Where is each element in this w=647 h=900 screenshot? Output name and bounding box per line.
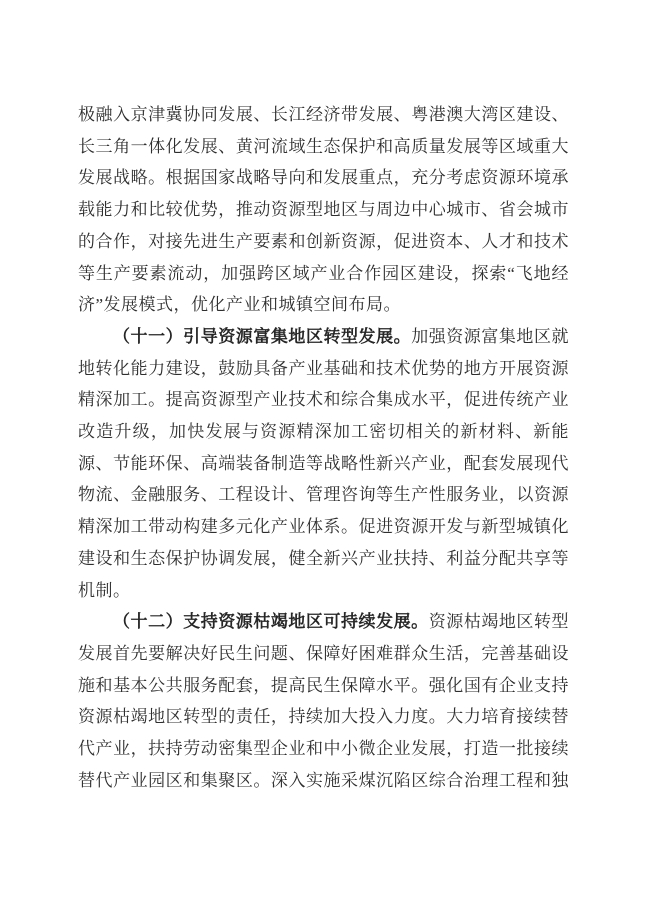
document-page: 极融入京津冀协同发展、长江经济带发展、粤港澳大湾区建设、长三角一体化发展、黄河流… xyxy=(0,0,647,900)
text-line: 精深加工带动构建多元化产业体系。促进资源开发与新型城镇化 xyxy=(78,511,569,543)
text-line: 代产业，扶持劳动密集型企业和中小微企业发展，打造一批接续 xyxy=(78,733,569,765)
text-line: 载能力和比较优势，推动资源型地区与周边中心城市、省会城市 xyxy=(78,194,569,226)
text-run: 加强资源富集地区就 xyxy=(411,327,569,346)
paragraph-heading-line: （十二）支持资源枯竭地区可持续发展。资源枯竭地区转型 xyxy=(78,606,569,638)
text-line: 替代产业园区和集聚区。深入实施采煤沉陷区综合治理工程和独 xyxy=(78,765,569,797)
text-line: 等生产要素流动，加强跨区域产业合作园区建设，探索“飞地经 xyxy=(78,258,569,290)
text-line: 改造升级，加快发展与资源精深加工密切相关的新材料、新能 xyxy=(78,416,569,448)
paragraph-heading-line: （十一）引导资源富集地区转型发展。加强资源富集地区就 xyxy=(78,321,569,353)
text-line: 长三角一体化发展、黄河流域生态保护和高质量发展等区域重大 xyxy=(78,131,569,163)
text-line: 发展首先要解决好民生问题、保障好困难群众生活，完善基础设 xyxy=(78,638,569,670)
text-line: 地转化能力建设，鼓励具备产业基础和技术优势的地方开展资源 xyxy=(78,353,569,385)
text-run: 资源枯竭地区转型 xyxy=(429,612,569,631)
text-line: 极融入京津冀协同发展、长江经济带发展、粤港澳大湾区建设、 xyxy=(78,99,569,131)
section-heading: （十二）支持资源枯竭地区可持续发展。 xyxy=(113,612,429,631)
text-line: 建设和生态保护协调发展，健全新兴产业扶持、利益分配共享等 xyxy=(78,543,569,575)
document-text-block: 极融入京津冀协同发展、长江经济带发展、粤港澳大湾区建设、长三角一体化发展、黄河流… xyxy=(78,99,569,796)
section-heading: （十一）引导资源富集地区转型发展。 xyxy=(113,327,411,346)
text-line: 济”发展模式，优化产业和城镇空间布局。 xyxy=(78,289,569,321)
text-line: 精深加工。提高资源型产业技术和综合集成水平，促进传统产业 xyxy=(78,384,569,416)
text-line: 源、节能环保、高端装备制造等战略性新兴产业，配套发展现代 xyxy=(78,448,569,480)
text-line: 机制。 xyxy=(78,575,569,607)
text-line: 发展战略。根据国家战略导向和发展重点，充分考虑资源环境承 xyxy=(78,162,569,194)
text-line: 施和基本公共服务配套，提高民生保障水平。强化国有企业支持 xyxy=(78,670,569,702)
text-line: 物流、金融服务、工程设计、管理咨询等生产性服务业，以资源 xyxy=(78,479,569,511)
text-line: 资源枯竭地区转型的责任，持续加大投入力度。大力培育接续替 xyxy=(78,701,569,733)
text-line: 的合作，对接先进生产要素和创新资源，促进资本、人才和技术 xyxy=(78,226,569,258)
